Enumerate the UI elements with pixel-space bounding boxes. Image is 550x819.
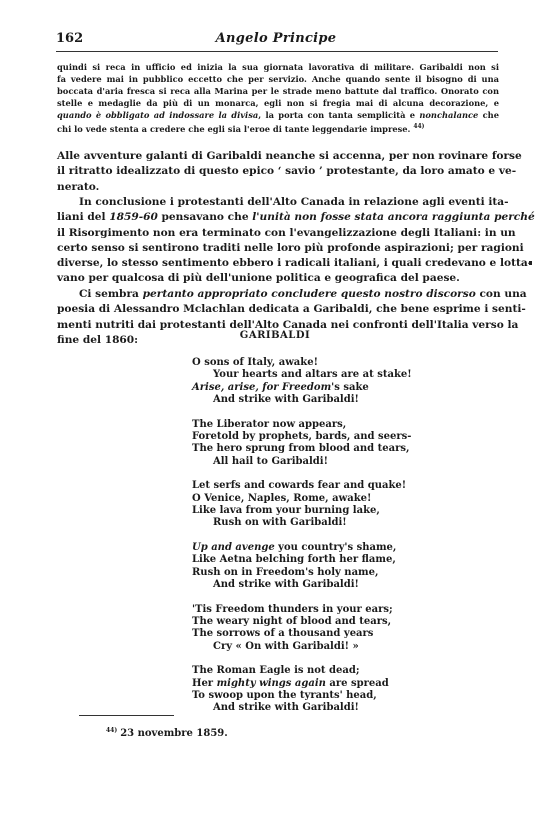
poem-line: Foretold by prophets, bards, and seers- (192, 431, 412, 443)
page-header: 162 Angelo Principe (56, 31, 496, 51)
poem-line: The sorrows of a thousand years (192, 628, 412, 640)
poem-line: 'Tis Freedom thunders in your ears; (192, 604, 412, 616)
para-line: poesia di Alessandro Mclachlan dedicata … (57, 302, 499, 317)
poem-stanza: 'Tis Freedom thunders in your ears;The w… (192, 604, 412, 653)
quote-line: stelle e medaglie da più di un monarca, … (57, 97, 499, 109)
para-line: vano per qualcosa di più dell'unione pol… (57, 271, 499, 286)
quote-line: fa vedere mai in pubblico eccetto che pe… (57, 73, 499, 85)
paragraph-1: Alle avventure galanti di Garibaldi nean… (57, 149, 499, 195)
poem-line: And strike with Garibaldi! (192, 579, 412, 591)
poem-title: GARIBALDI (0, 330, 550, 341)
poem-line: Up and avenge you country's shame, (192, 542, 412, 554)
para-line: In conclusione i protestanti dell'Alto C… (57, 195, 499, 210)
poem-stanza: The Liberator now appears,Foretold by pr… (192, 419, 412, 468)
quote-block: quindi si reca in ufficio ed inizia la s… (57, 61, 499, 135)
poem-line: The hero sprung from blood and tears, (192, 443, 412, 455)
running-title: Angelo Principe (56, 31, 496, 46)
quote-line-text: chi lo vede stenta a credere che egli si… (57, 124, 410, 134)
poem-line: The Liberator now appears, (192, 419, 412, 431)
paragraph-2: In conclusione i protestanti dell'Alto C… (57, 195, 499, 287)
scan-speck (529, 261, 532, 265)
poem-line: Arise, arise, for Freedom's sake (192, 382, 412, 394)
poem-line: O sons of Italy, awake! (192, 357, 412, 369)
para-line: nerato. (57, 180, 499, 195)
para-line-italic: liani del 1859-60 pensavano che l'unità … (57, 210, 499, 225)
para-line: il Risorgimento non era terminato con l'… (57, 226, 499, 241)
poem-line: Cry « On with Garibaldi! » (192, 641, 412, 653)
footnote-rule (79, 715, 174, 716)
para-line: certo senso si sentirono traditi nelle l… (57, 241, 499, 256)
poem-line: Rush on in Freedom's holy name, (192, 567, 412, 579)
poem-stanza: The Roman Eagle is not dead;Her mighty w… (192, 665, 412, 714)
footnote-ref: 44) (413, 123, 424, 130)
poem-line: And strike with Garibaldi! (192, 394, 412, 406)
quote-line: quindi si reca in ufficio ed inizia la s… (57, 61, 499, 73)
poem-stanza: Let serfs and cowards fear and quake!O V… (192, 480, 412, 529)
footnote: 44)23 novembre 1859. (106, 727, 228, 739)
quote-line: boccata d'aria fresca si reca alla Marin… (57, 85, 499, 97)
poem-line: Let serfs and cowards fear and quake! (192, 480, 412, 492)
footnote-marker: 44) (106, 727, 117, 734)
para-line: il ritratto idealizzato di questo epico … (57, 164, 499, 179)
poem-stanza: Up and avenge you country's shame,Like A… (192, 542, 412, 591)
para-line-italic: Ci sembra pertanto appropriato concluder… (57, 287, 499, 302)
poem-line: O Venice, Naples, Rome, awake! (192, 493, 412, 505)
para-line: Alle avventure galanti di Garibaldi nean… (57, 149, 499, 164)
header-rule (56, 51, 498, 52)
poem-line: Like Aetna belching forth her flame, (192, 554, 412, 566)
para-line: diverse, lo stesso sentimento ebbero i r… (57, 256, 499, 271)
poem-line: Like lava from your burning lake, (192, 505, 412, 517)
book-page: 162 Angelo Principe quindi si reca in uf… (0, 0, 550, 819)
poem-line: The Roman Eagle is not dead; (192, 665, 412, 677)
poem-line: Rush on with Garibaldi! (192, 517, 412, 529)
quote-line-italic: quando è obbligato ad indossare la divis… (57, 109, 499, 121)
poem-line: Your hearts and altars are at stake! (192, 369, 412, 381)
poem-line: All hail to Garibaldi! (192, 456, 412, 468)
poem: O sons of Italy, awake!Your hearts and a… (192, 357, 412, 727)
quote-line: chi lo vede stenta a credere che egli si… (57, 121, 499, 135)
footnote-text: 23 novembre 1859. (120, 728, 228, 739)
poem-line: Her mighty wings again are spread (192, 678, 412, 690)
poem-line: To swoop upon the tyrants' head, (192, 690, 412, 702)
poem-stanza: O sons of Italy, awake!Your hearts and a… (192, 357, 412, 406)
poem-line: The weary night of blood and tears, (192, 616, 412, 628)
poem-line: And strike with Garibaldi! (192, 702, 412, 714)
